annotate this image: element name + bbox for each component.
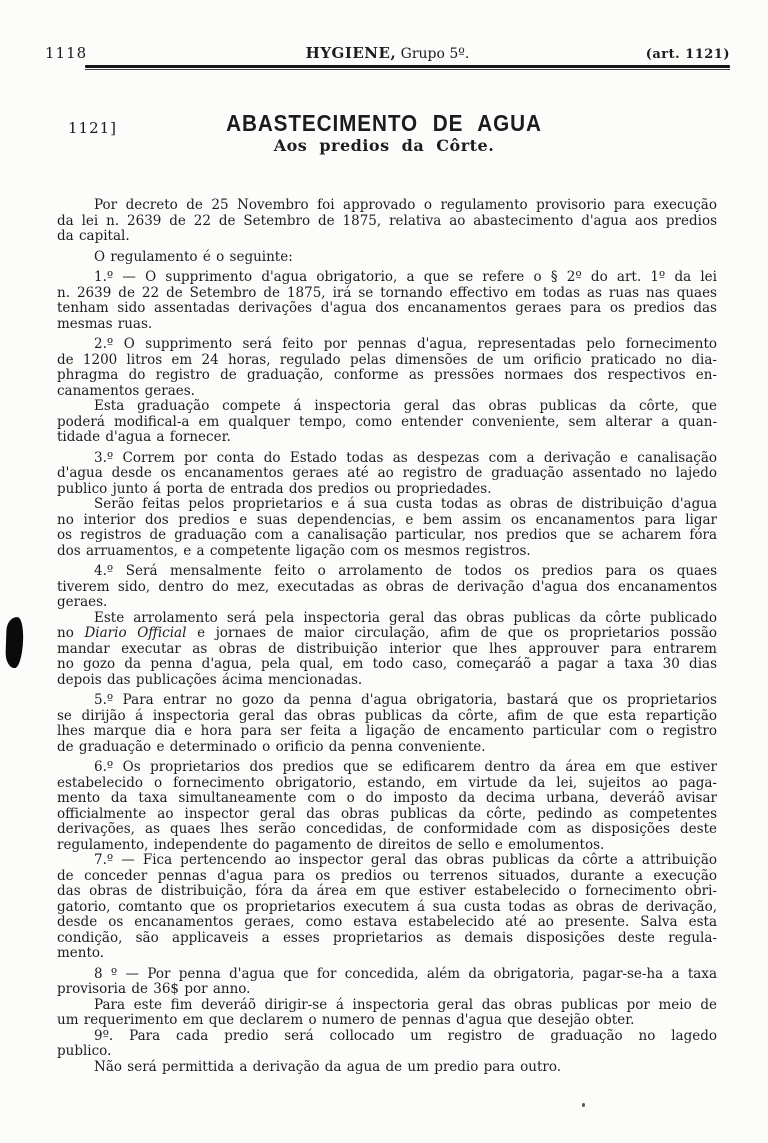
paragraph: 5.º Para entrar no gozo da penna d'agua … xyxy=(57,693,717,755)
text-line: da lei n. 2639 de 22 de Setembro de 1875… xyxy=(57,214,717,230)
text-line: mandar executar as obras de distribuição… xyxy=(57,642,717,658)
text-line: tenham sido assentadas derivações d'agua… xyxy=(57,301,717,317)
header-rule-thin-line xyxy=(85,69,730,70)
paragraph: Não será permittida a derivação da agua … xyxy=(57,1060,717,1076)
paragraph: 7.º — Fica pertencendo ao inspector gera… xyxy=(57,853,717,962)
text-line: Não será permittida a derivação da agua … xyxy=(57,1060,717,1076)
paragraph: 9º. Para cada predio será collocado um r… xyxy=(57,1029,717,1060)
text-line: estabelecido o fornecimento obrigatorio,… xyxy=(57,776,717,792)
text-line: phragma do registro de graduação, confor… xyxy=(57,368,717,384)
paragraph: 4.º Será mensalmente feito o arrolamento… xyxy=(57,564,717,611)
text-line: se dirijão á inspectoria geral das obras… xyxy=(57,709,717,725)
text-line: no gozo da penna d'agua, pela qual, em t… xyxy=(57,657,717,673)
text-line: de graduação e determinado o orificio da… xyxy=(57,740,717,756)
header-article-ref: (art. 1121) xyxy=(646,47,730,62)
paragraph: 8 º — Por penna d'agua que for concedida… xyxy=(57,967,717,998)
ink-blot-artifact xyxy=(5,617,24,669)
text-line: 9º. Para cada predio será collocado um r… xyxy=(57,1029,717,1045)
text-line: das obras de distribuição, fóra da área … xyxy=(57,884,717,900)
text-line: de 1200 litros em 24 horas, regulado pel… xyxy=(57,353,717,369)
text-line: Serão feitas pelos proprietarios e á sua… xyxy=(57,497,717,513)
text-line: derivações, as quaes lhes serão concedid… xyxy=(57,822,717,838)
header-journal-title: HYGIENE, Grupo 5º. xyxy=(306,44,470,62)
paragraph: Por decreto de 25 Novembro foi approvado… xyxy=(57,198,717,245)
text-line: mento. xyxy=(57,946,717,962)
text-line: provisoria de 36$ por anno. xyxy=(57,982,717,998)
text-line: condição, são applicaveis a esses propri… xyxy=(57,931,717,947)
paragraph: 3.º Correm por conta do Estado todas as … xyxy=(57,451,717,498)
header-journal-group: Grupo 5º. xyxy=(396,46,469,62)
header-journal-name: HYGIENE, xyxy=(306,44,397,62)
text-line: gatorio, comtanto que os proprietarios e… xyxy=(57,900,717,916)
text-line: 5.º Para entrar no gozo da penna d'agua … xyxy=(57,693,717,709)
text-line: da capital. xyxy=(57,229,717,245)
page-title: ABASTECIMENTO DE AGUA xyxy=(38,110,729,137)
text-line: no interior dos predios e suas dependenc… xyxy=(57,513,717,529)
text-line: Por decreto de 25 Novembro foi approvado… xyxy=(57,198,717,214)
text-line: n. 2639 de 22 de Setembro de 1875, irá s… xyxy=(57,286,717,302)
text-line: officialmente ao inspector geral das obr… xyxy=(57,807,717,823)
text-line: canamentos geraes. xyxy=(57,384,717,400)
text-line: poderá modifical-a em qualquer tempo, co… xyxy=(57,415,717,431)
text-line: O regulamento é o seguinte: xyxy=(57,250,717,266)
text-line: dos arruamentos, e a competente ligação … xyxy=(57,544,717,560)
text-line: Esta graduação compete á inspectoria ger… xyxy=(57,399,717,415)
text-line: 6.º Os proprietarios dos predios que se … xyxy=(57,760,717,776)
header-rule-thick-line xyxy=(85,65,730,68)
text-line: regulamento, independente do pagamento d… xyxy=(57,838,717,854)
text-line: 8 º — Por penna d'agua que for concedida… xyxy=(57,967,717,983)
text-line: desde os encanamentos geraes, como estav… xyxy=(57,915,717,931)
text-line: Para este fim deveráõ dirigir-se á inspe… xyxy=(57,998,717,1014)
paragraph: O regulamento é o seguinte: xyxy=(57,250,717,266)
paragraph: Serão feitas pelos proprietarios e á sua… xyxy=(57,497,717,559)
header-page-number: 1118 xyxy=(45,44,306,62)
text-line: 7.º — Fica pertencendo ao inspector gera… xyxy=(57,853,717,869)
text-line: geraes. xyxy=(57,595,717,611)
ink-speck-artifact xyxy=(582,1103,585,1107)
text-line: tidade d'agua a fornecer. xyxy=(57,430,717,446)
paragraph: 2.º O supprimento será feito por pennas … xyxy=(57,337,717,399)
text-line: mento da taxa simultaneamente com o do i… xyxy=(57,791,717,807)
text-line: lhes marque dia e hora para ser feita a … xyxy=(57,724,717,740)
text-line: mesmas ruas. xyxy=(57,317,717,333)
paragraph: Para este fim deveráõ dirigir-se á inspe… xyxy=(57,998,717,1029)
text-line: d'agua desde os encanamentos geraes até … xyxy=(57,466,717,482)
paragraph: Este arrolamento será pela inspectoria g… xyxy=(57,611,717,689)
text-line: no Diario Official e jornaes de maior ci… xyxy=(57,626,717,642)
text-line: depois das publicações ácima mencionadas… xyxy=(57,673,717,689)
page-subtitle: Aos predios da Côrte. xyxy=(0,136,768,155)
paragraph: 1.º — O supprimento d'agua obrigatorio, … xyxy=(57,270,717,332)
text-line: os registros de graduação com a canalisa… xyxy=(57,528,717,544)
text-line: de conceder pennas d'agua para os predio… xyxy=(57,869,717,885)
text-line: 1.º — O supprimento d'agua obrigatorio, … xyxy=(57,270,717,286)
text-line: 3.º Correm por conta do Estado todas as … xyxy=(57,451,717,467)
running-header: 1118 HYGIENE, Grupo 5º. (art. 1121) xyxy=(45,44,730,62)
text-line: 2.º O supprimento será feito por pennas … xyxy=(57,337,717,353)
document-body: Por decreto de 25 Novembro foi approvado… xyxy=(57,198,717,1075)
paragraph: Esta graduação compete á inspectoria ger… xyxy=(57,399,717,446)
paragraph: 6.º Os proprietarios dos predios que se … xyxy=(57,760,717,853)
text-line: tiverem sido, dentro do mez, executadas … xyxy=(57,580,717,596)
scanned-document-page: 1118 HYGIENE, Grupo 5º. (art. 1121) 1121… xyxy=(0,0,768,1143)
text-line: 4.º Será mensalmente feito o arrolamento… xyxy=(57,564,717,580)
text-line: publico. xyxy=(57,1044,717,1060)
text-line: Este arrolamento será pela inspectoria g… xyxy=(57,611,717,627)
header-rule xyxy=(85,65,730,70)
text-line: publico junto á porta de entrada dos pre… xyxy=(57,482,717,498)
text-line: um requerimento em que declarem o numero… xyxy=(57,1013,717,1029)
